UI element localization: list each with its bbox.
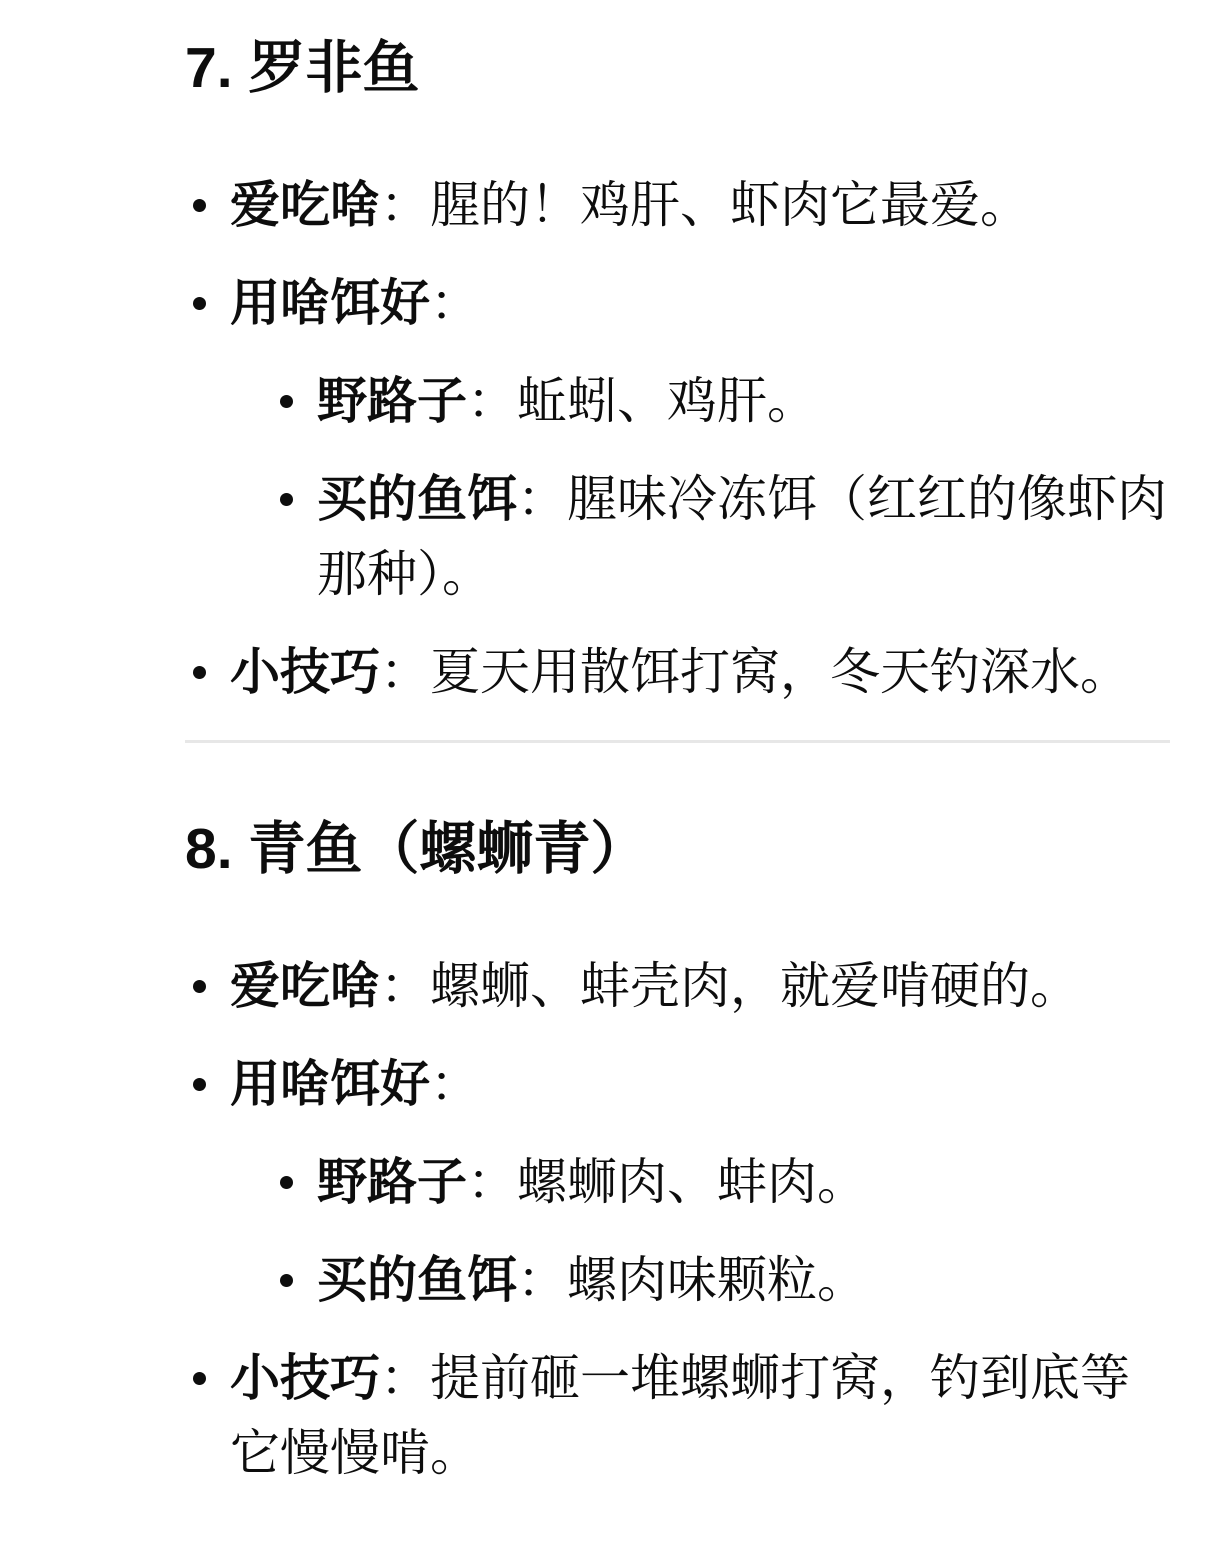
bullet-icon (193, 297, 206, 310)
list-item: 买的鱼饵：螺肉味颗粒。 (272, 1243, 1170, 1318)
item-text: ：螺蛳、蚌壳肉，就爱啃硬的。 (380, 958, 1080, 1014)
section-black-carp: 8. 青鱼（螺蛳青） 爱吃啥：螺蛳、蚌壳肉，就爱啃硬的。 用啥饵好： 野路子：螺… (185, 811, 1170, 1491)
list-item-line: 野路子：蚯蚓、鸡肝。 (317, 364, 1170, 439)
bullet-icon (280, 493, 293, 506)
list-item: 爱吃啥：腥的！鸡肝、虾肉它最爱。 (185, 168, 1170, 243)
item-label: 买的鱼饵 (317, 471, 517, 527)
nested-bullet-list: 野路子：螺蛳肉、蚌肉。 买的鱼饵：螺肉味颗粒。 (272, 1145, 1170, 1318)
item-text: ：腥的！鸡肝、虾肉它最爱。 (380, 177, 1030, 233)
bullet-icon (280, 1176, 293, 1189)
item-label: 小技巧 (230, 1350, 380, 1406)
section-heading: 8. 青鱼（螺蛳青） (185, 811, 1170, 887)
item-label: 野路子 (317, 1154, 467, 1210)
list-item: 小技巧：提前砸一堆螺蛳打窝，钓到底等它慢慢啃。 (185, 1341, 1170, 1491)
section-tilapia: 7. 罗非鱼 爱吃啥：腥的！鸡肝、虾肉它最爱。 用啥饵好： 野路子：蚯蚓、鸡肝。… (185, 30, 1170, 710)
item-label: 爱吃啥 (230, 958, 380, 1014)
list-item-line: 用啥饵好： (230, 1047, 1170, 1122)
item-text: ：蚯蚓、鸡肝。 (467, 373, 817, 429)
list-item: 用啥饵好： 野路子：蚯蚓、鸡肝。 买的鱼饵：腥味冷冻饵（红红的像虾肉那种）。 (185, 266, 1170, 612)
bullet-icon (193, 199, 206, 212)
list-item-line: 买的鱼饵：腥味冷冻饵（红红的像虾肉那种）。 (317, 462, 1170, 612)
list-item-line: 买的鱼饵：螺肉味颗粒。 (317, 1243, 1170, 1318)
bullet-list: 爱吃啥：腥的！鸡肝、虾肉它最爱。 用啥饵好： 野路子：蚯蚓、鸡肝。 买的鱼饵：腥… (185, 168, 1170, 710)
bullet-icon (193, 666, 206, 679)
list-item-line: 小技巧：夏天用散饵打窝，冬天钓深水。 (230, 635, 1170, 710)
document-body: 7. 罗非鱼 爱吃啥：腥的！鸡肝、虾肉它最爱。 用啥饵好： 野路子：蚯蚓、鸡肝。… (0, 0, 1220, 1491)
item-text: ： (430, 275, 480, 331)
list-item: 用啥饵好： 野路子：螺蛳肉、蚌肉。 买的鱼饵：螺肉味颗粒。 (185, 1047, 1170, 1318)
item-text: ： (430, 1056, 480, 1112)
list-item: 小技巧：夏天用散饵打窝，冬天钓深水。 (185, 635, 1170, 710)
bullet-icon (193, 1078, 206, 1091)
item-text: ：螺肉味颗粒。 (517, 1252, 867, 1308)
list-item: 野路子：蚯蚓、鸡肝。 (272, 364, 1170, 439)
bullet-icon (193, 1372, 206, 1385)
list-item-line: 野路子：螺蛳肉、蚌肉。 (317, 1145, 1170, 1220)
bullet-icon (193, 980, 206, 993)
bullet-icon (280, 395, 293, 408)
list-item: 野路子：螺蛳肉、蚌肉。 (272, 1145, 1170, 1220)
item-label: 野路子 (317, 373, 467, 429)
item-text: ：夏天用散饵打窝，冬天钓深水。 (380, 644, 1130, 700)
section-divider (185, 740, 1170, 743)
list-item-line: 用啥饵好： (230, 266, 1170, 341)
list-item-line: 爱吃啥：腥的！鸡肝、虾肉它最爱。 (230, 168, 1170, 243)
list-item-line: 爱吃啥：螺蛳、蚌壳肉，就爱啃硬的。 (230, 949, 1170, 1024)
bullet-icon (280, 1274, 293, 1287)
section-heading: 7. 罗非鱼 (185, 30, 1170, 106)
bullet-list: 爱吃啥：螺蛳、蚌壳肉，就爱啃硬的。 用啥饵好： 野路子：螺蛳肉、蚌肉。 买的鱼饵… (185, 949, 1170, 1491)
list-item: 爱吃啥：螺蛳、蚌壳肉，就爱啃硬的。 (185, 949, 1170, 1024)
item-label: 用啥饵好 (230, 1056, 430, 1112)
item-text: ：螺蛳肉、蚌肉。 (467, 1154, 867, 1210)
item-label: 小技巧 (230, 644, 380, 700)
item-label: 爱吃啥 (230, 177, 380, 233)
nested-bullet-list: 野路子：蚯蚓、鸡肝。 买的鱼饵：腥味冷冻饵（红红的像虾肉那种）。 (272, 364, 1170, 612)
list-item: 买的鱼饵：腥味冷冻饵（红红的像虾肉那种）。 (272, 462, 1170, 612)
item-label: 买的鱼饵 (317, 1252, 517, 1308)
item-label: 用啥饵好 (230, 275, 430, 331)
list-item-line: 小技巧：提前砸一堆螺蛳打窝，钓到底等它慢慢啃。 (230, 1341, 1170, 1491)
